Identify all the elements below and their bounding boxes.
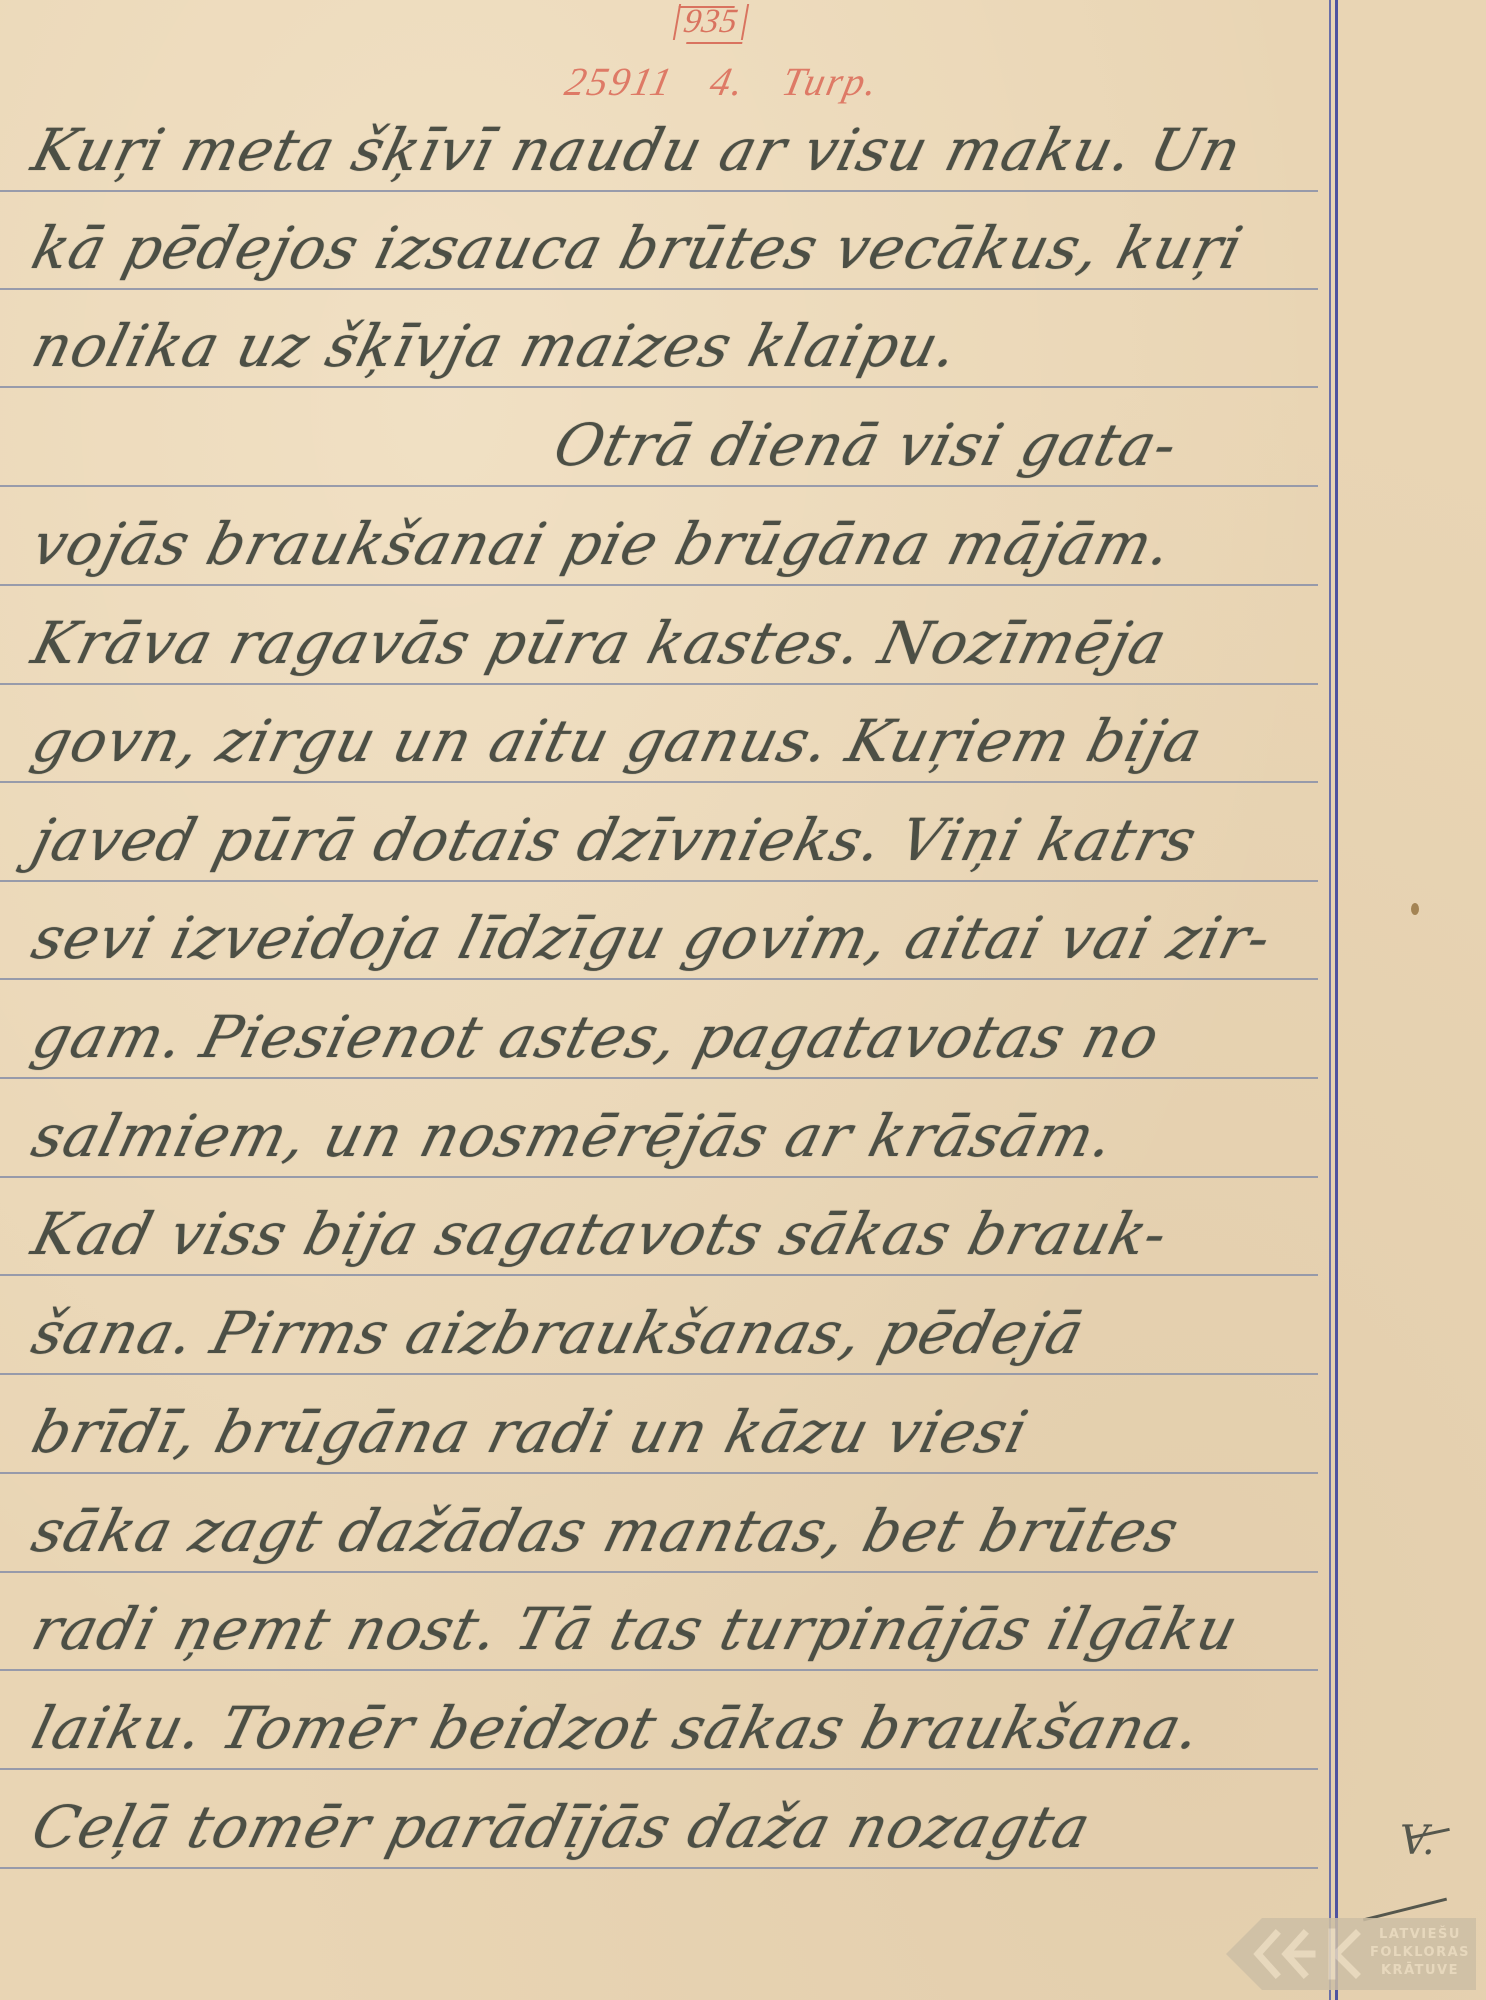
handwritten-line: gam. Piesienot astes, pagatavotas no: [34, 997, 1334, 1077]
ruled-line: [0, 190, 1318, 192]
margin-line: [1335, 0, 1338, 2000]
ruled-line: [0, 1472, 1318, 1474]
ruled-line: [0, 1571, 1318, 1573]
handwritten-line: sāka zagt dažādas mantas, bet brūtes: [34, 1491, 1334, 1571]
ruled-line: [0, 288, 1318, 290]
handwritten-line: Kad viss bija sagatavots sākas brauk-: [34, 1194, 1334, 1274]
ruled-line: [0, 584, 1318, 586]
handwritten-line: salmiem, un nosmērējās ar krāsām.: [34, 1096, 1334, 1176]
ruled-line: [0, 1077, 1318, 1079]
ruled-line: [0, 1176, 1318, 1178]
handwritten-line: Krāva ragavās pūra kastes. Nozīmēja: [34, 603, 1334, 683]
ruled-line: [0, 1373, 1318, 1375]
handwritten-line: javed pūrā dotais dzīvnieks. Viņi katrs: [34, 800, 1334, 880]
manuscript-page: 935 25911 4. Turp. Kuŗi meta šķīvī naudu…: [0, 0, 1486, 2000]
watermark-line-3: KRĀTUVE: [1366, 1962, 1474, 1980]
ruled-line: [0, 1669, 1318, 1671]
handwritten-line: Kuŗi meta šķīvī naudu ar visu maku. Un: [34, 110, 1334, 190]
handwritten-line: Otrā dienā visi gata-: [556, 405, 1486, 485]
ruled-line: [0, 1867, 1318, 1869]
handwritten-line: laiku. Tomēr beidzot sākas braukšana.: [34, 1688, 1334, 1768]
handwritten-line: šana. Pirms aizbraukšanas, pēdejā: [34, 1293, 1334, 1373]
handwritten-line: brīdī, brūgāna radi un kāzu viesi: [34, 1392, 1334, 1472]
archive-watermark: LATVIEŠU FOLKLORAS KRĀTUVE: [1226, 1918, 1476, 1990]
ruled-line: [0, 386, 1318, 388]
ruled-line: [0, 880, 1318, 882]
handwritten-line: govn, zirgu un aitu ganus. Kuŗiem bija: [34, 701, 1334, 781]
ruled-line: [0, 781, 1318, 783]
watermark-text: LATVIEŠU FOLKLORAS KRĀTUVE: [1366, 1926, 1474, 1980]
handwritten-line: kā pēdejos izsauca brūtes vecākus, kuŗi: [34, 208, 1334, 288]
handwritten-line: Ceļā tomēr parādījās daža nozagta: [34, 1787, 1334, 1867]
ruled-line: [0, 683, 1318, 685]
handwritten-line: radi ņemt nost. Tā tas turpinājās ilgāku: [34, 1589, 1334, 1669]
archive-number: 935: [673, 4, 749, 40]
handwritten-line: nolika uz šķīvja maizes klaipu.: [34, 306, 1334, 386]
paper-stain: [1411, 903, 1419, 915]
ruled-line: [0, 1768, 1318, 1770]
lfk-logo-icon: [1248, 1928, 1368, 1980]
archive-reference: 25911 4. Turp.: [561, 58, 884, 105]
ruled-line: [0, 978, 1318, 980]
watermark-line-2: FOLKLORAS: [1366, 1944, 1474, 1962]
watermark-line-1: LATVIEŠU: [1366, 1926, 1474, 1944]
handwritten-line: sevi izveidoja līdzīgu govim, aitai vai …: [34, 898, 1334, 978]
ruled-line: [0, 1274, 1318, 1276]
ruled-line: [0, 485, 1318, 487]
page-mark: V.: [1400, 1818, 1435, 1864]
handwritten-line: vojās braukšanai pie brūgāna mājām.: [34, 504, 1334, 584]
